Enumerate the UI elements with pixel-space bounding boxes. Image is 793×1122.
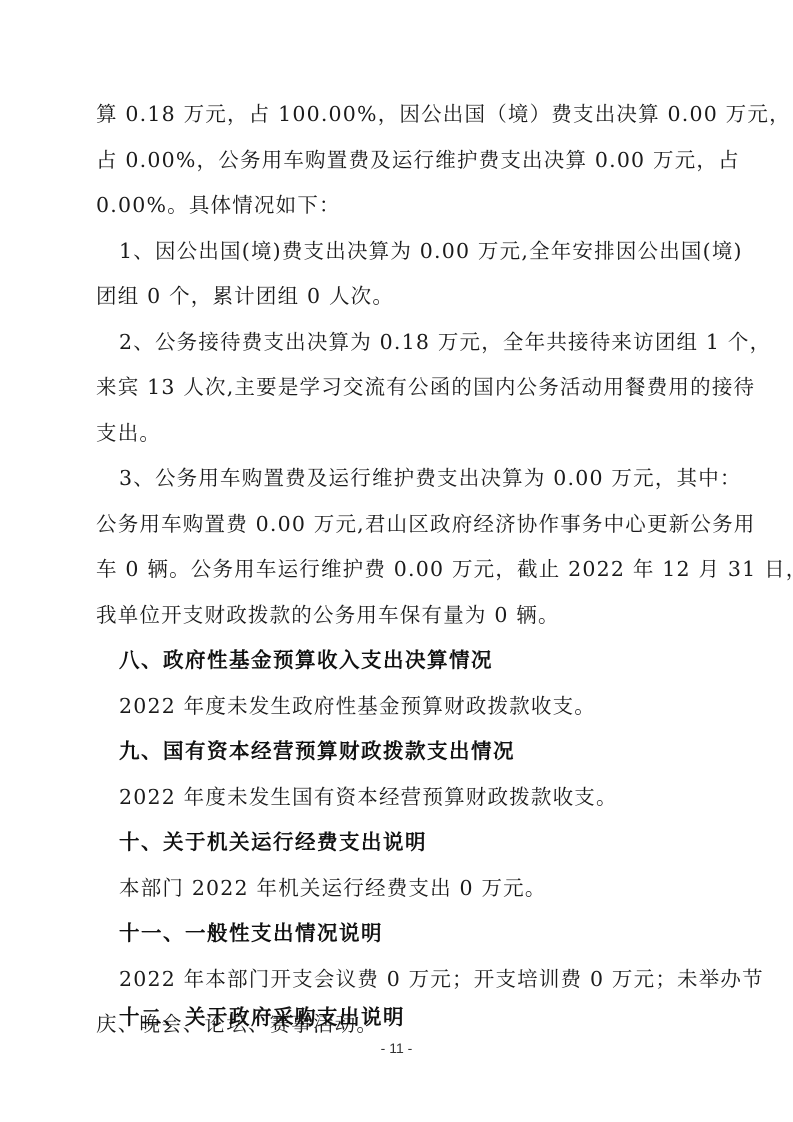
list-item-1-line: 1、因公出国(境)费支出决算为 0.00 万元,全年安排因公出国(境) <box>119 237 709 265</box>
paragraph-line: 算 0.18 万元，占 100.00%，因公出国（境）费支出决算 0.00 万元… <box>96 100 706 128</box>
list-item-3-line: 车 0 辆。公务用车运行维护费 0.00 万元，截止 2022 年 12 月 3… <box>96 555 706 583</box>
list-item-2-line: 来宾 13 人次,主要是学习交流有公函的国内公务活动用餐费用的接待 <box>96 373 706 401</box>
section-body-11-line: 2022 年本部门开支会议费 0 万元；开支培训费 0 万元；未举办节 <box>119 965 709 993</box>
section-body-8: 2022 年度未发生政府性基金预算财政拨款收支。 <box>119 692 729 720</box>
list-item-2-line: 2、公务接待费支出决算为 0.18 万元，全年共接待来访团组 1 个， <box>119 328 709 356</box>
section-heading-9: 九、国有资本经营预算财政拨款支出情况 <box>119 737 729 765</box>
section-heading-10: 十、关于机关运行经费支出说明 <box>119 828 729 856</box>
list-item-3-line: 公务用车购置费 0.00 万元,君山区政府经济协作事务中心更新公务用 <box>96 510 706 538</box>
list-item-1-line: 团组 0 个，累计团组 0 人次。 <box>96 282 706 310</box>
section-body-9: 2022 年度未发生国有资本经营预算财政拨款收支。 <box>119 783 729 811</box>
paragraph-line: 占 0.00%，公务用车购置费及运行维护费支出决算 0.00 万元，占 <box>96 146 706 174</box>
list-item-2-line: 支出。 <box>96 419 706 447</box>
page-number: - 11 - <box>0 1040 793 1056</box>
document-page: 算 0.18 万元，占 100.00%，因公出国（境）费支出决算 0.00 万元… <box>0 0 793 1122</box>
section-heading-8: 八、政府性基金预算收入支出决算情况 <box>119 646 729 674</box>
paragraph-line: 0.00%。具体情况如下： <box>96 191 706 219</box>
section-body-10: 本部门 2022 年机关运行经费支出 0 万元。 <box>119 874 729 902</box>
section-heading-12: 十二、关于政府采购支出说明 <box>119 1003 729 1031</box>
list-item-3-line: 我单位开支财政拨款的公务用车保有量为 0 辆。 <box>96 601 706 629</box>
list-item-3-line: 3、公务用车购置费及运行维护费支出决算为 0.00 万元，其中： <box>119 464 709 492</box>
section-heading-11: 十一、一般性支出情况说明 <box>119 919 729 947</box>
